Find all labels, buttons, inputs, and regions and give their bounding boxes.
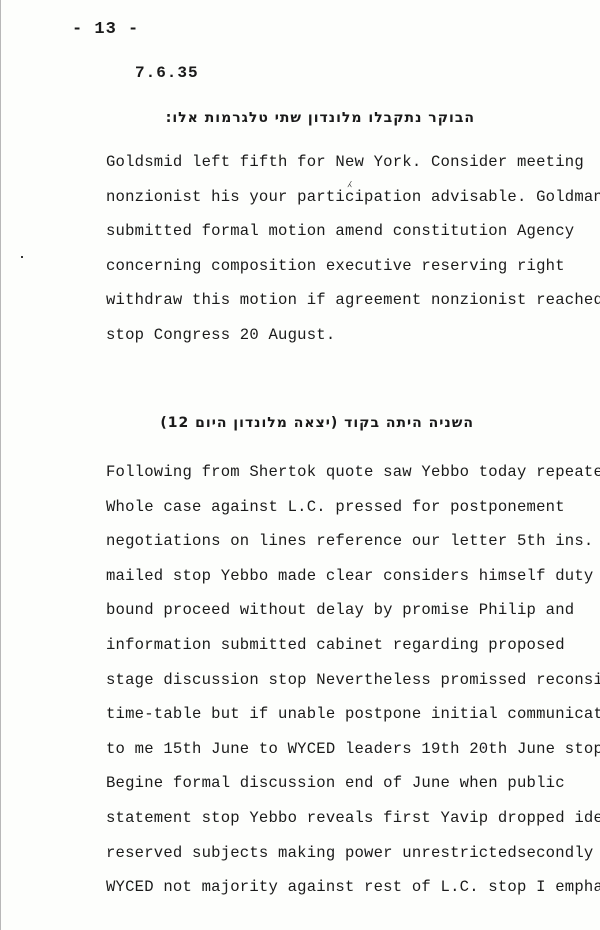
section-heading-hebrew-1: הבוקר נתקבלו מלונדון שתי טלגרמות אלו: xyxy=(166,110,475,126)
telegram-1-body: Goldsmid left fifth for New York. Consid… xyxy=(106,145,600,353)
page-number: - 13 - xyxy=(72,20,139,39)
document-date: 7.6.35 xyxy=(135,64,199,82)
text-line: Following from Shertok quote saw Yebbo t… xyxy=(106,455,600,490)
text-line: nonzionist his your participation advisa… xyxy=(106,180,600,215)
text-line: concerning composition executive reservi… xyxy=(106,249,600,284)
text-line: stage discussion stop Nevertheless promi… xyxy=(106,663,600,698)
scan-left-edge xyxy=(0,0,1,930)
text-line: submitted formal motion amend constituti… xyxy=(106,214,600,249)
text-line: negotiations on lines reference our lett… xyxy=(106,524,600,559)
text-line: Begine formal discussion end of June whe… xyxy=(106,766,600,801)
text-line: information submitted cabinet regarding … xyxy=(106,628,600,663)
text-line: time-table but if unable postpone initia… xyxy=(106,697,600,732)
text-line: statement stop Yebbo reveals first Yavip… xyxy=(106,801,600,836)
text-line: bound proceed without delay by promise P… xyxy=(106,593,600,628)
text-line: reserved subjects making power unrestric… xyxy=(106,836,600,871)
telegram-2-body: Following from Shertok quote saw Yebbo t… xyxy=(106,455,600,905)
scan-speck xyxy=(21,256,23,258)
text-line: to me 15th June to WYCED leaders 19th 20… xyxy=(106,732,600,767)
handwritten-insertion-mark: ⁁ xyxy=(348,174,351,187)
text-line: withdraw this motion if agreement nonzio… xyxy=(106,283,600,318)
text-line: mailed stop Yebbo made clear considers h… xyxy=(106,559,600,594)
section-heading-hebrew-2: השניה היתה בקוד (יצאה מלונדון היום 12) xyxy=(160,415,474,431)
text-line: stop Congress 20 August. xyxy=(106,318,600,353)
text-line: Goldsmid left fifth for New York. Consid… xyxy=(106,145,600,180)
text-line: WYCED not majority against rest of L.C. … xyxy=(106,870,600,905)
text-line: Whole case against L.C. pressed for post… xyxy=(106,490,600,525)
